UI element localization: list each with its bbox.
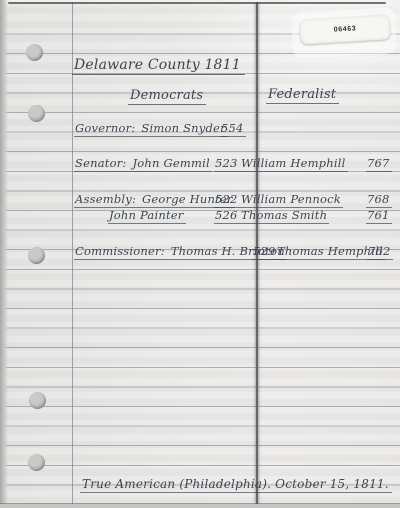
democrat-vote-count: 523 — [214, 156, 240, 172]
democrat-vote-count: 554 — [220, 121, 246, 137]
democrat-vote-count: 529 — [252, 244, 278, 260]
result-row-senator: Senator:John Gemmil 523 William Hemphill… — [0, 156, 400, 173]
office-label: Senator: — [75, 156, 126, 170]
page-top-edge-shadow — [8, 2, 386, 4]
page-bottom-edge — [0, 504, 400, 508]
democrat-candidate-name: Simon Snyder — [141, 121, 225, 135]
federalist-vote-count: 761 — [366, 208, 392, 224]
page-title: Delaware County 1811 — [72, 57, 245, 75]
federalist-candidate-name: William Hemphill — [240, 156, 348, 172]
federalist-vote-count: 767 — [366, 156, 392, 172]
catalog-number: 06463 — [334, 25, 357, 33]
democrat-vote-count: 526 — [214, 208, 240, 224]
source-citation: True American (Philadelphia). October 15… — [80, 477, 392, 493]
federalist-vote-count: 762 — [367, 244, 393, 260]
hole-punch — [28, 105, 45, 122]
federalist-candidate-name: William Pennock — [240, 192, 343, 208]
result-row-commissioner: Commissioner:Thomas H. Brinton 529 Thoma… — [0, 244, 400, 261]
hole-punch — [26, 44, 43, 61]
democrat-candidate-name: John Gemmil — [132, 156, 209, 170]
column-header-democrats: Democrats — [128, 89, 206, 105]
democrat-candidate-name: John Painter — [108, 208, 186, 224]
hole-punch — [29, 392, 46, 409]
result-row-assembly-2: John Painter 526 Thomas Smith 761 — [0, 208, 400, 225]
office-label: Assembly: — [75, 192, 136, 206]
federalist-vote-count: 768 — [366, 192, 392, 208]
hole-punch — [28, 454, 45, 471]
scanned-document-page: 06463 Delaware County 1811 Democrats Fed… — [0, 0, 400, 508]
democrat-vote-count: 522 — [214, 192, 240, 208]
office-and-candidate: Senator:John Gemmil — [74, 156, 212, 172]
result-row-assembly-1: Assembly:George Hunter 522 William Penno… — [0, 192, 400, 209]
result-row-governor: Governor:Simon Snyder 554 — [0, 121, 400, 138]
office-label: Commissioner: — [75, 244, 165, 258]
federalist-candidate-name: Thomas Smith — [240, 208, 329, 224]
office-label: Governor: — [75, 121, 135, 135]
office-and-candidate: Assembly:George Hunter — [74, 192, 235, 208]
office-and-candidate: Governor:Simon Snyder — [74, 121, 228, 137]
column-header-federalist: Federalist — [266, 88, 339, 104]
